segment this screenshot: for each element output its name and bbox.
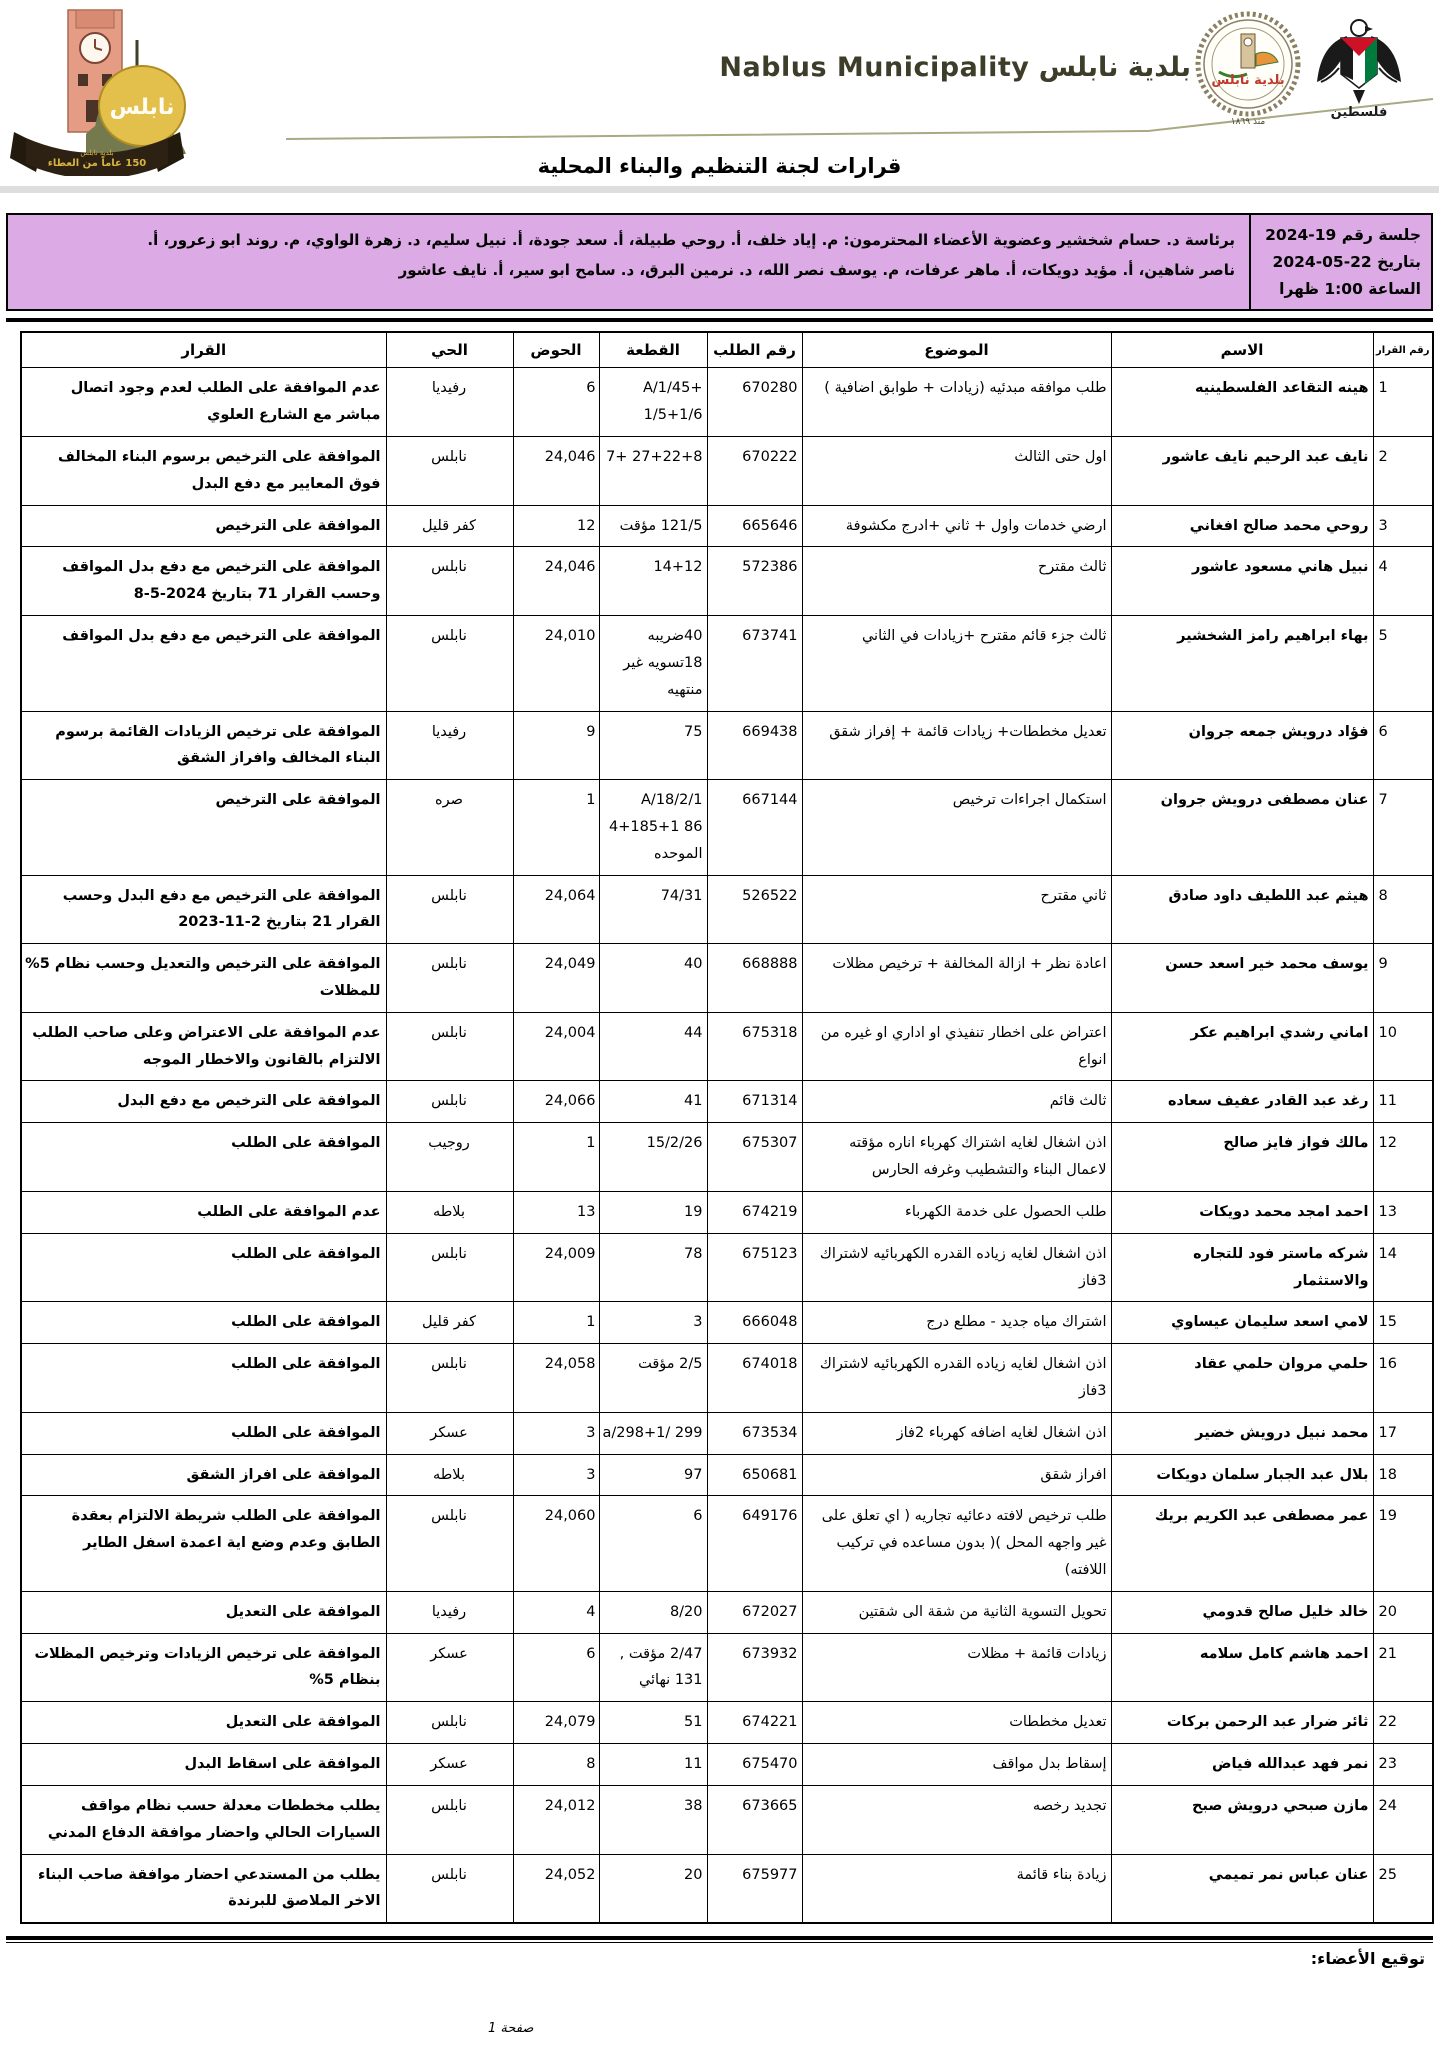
column-header-request: رقم الطلب bbox=[707, 332, 802, 368]
cell-decision: الموافقة على الترخيص مع دفع البدل وحسب ا… bbox=[21, 875, 386, 944]
cell-district: نابلس bbox=[386, 1702, 513, 1744]
table-row: 8هيثم عبد اللطيف داود صادقثاني مقترح5265… bbox=[21, 875, 1433, 944]
cell-block: 6 bbox=[513, 1633, 599, 1702]
cell-name: حلمي مروان حلمي عقاد bbox=[1111, 1344, 1373, 1413]
cell-subject: اذن اشغال لغايه زياده القدره الكهربائيه … bbox=[802, 1233, 1111, 1302]
cell-subject: ارضي خدمات واول + ثاني +ادرج مكشوفة bbox=[802, 505, 1111, 547]
cell-request: 572386 bbox=[707, 547, 802, 616]
cell-plot: 11 bbox=[599, 1744, 707, 1786]
cell-plot: A/18/2/1 4+185+1 86 الموحده bbox=[599, 780, 707, 875]
cell-block: 24,066 bbox=[513, 1081, 599, 1123]
seal-since-text: منذ ١٨٦٩ bbox=[1231, 117, 1266, 127]
cell-no: 24 bbox=[1373, 1785, 1433, 1854]
cell-request: 650681 bbox=[707, 1454, 802, 1496]
cell-block: 1 bbox=[513, 1123, 599, 1192]
table-row: 19عمر مصطفى عبد الكريم بريكطلب ترخيص لاف… bbox=[21, 1496, 1433, 1591]
cell-decision: عدم الموافقة على الاعتراض وعلى صاحب الطل… bbox=[21, 1012, 386, 1081]
attendees-line-2: ناصر شاهين، أ. مؤيد دويكات، أ. ماهر عرفا… bbox=[18, 255, 1235, 285]
cell-district: نابلس bbox=[386, 1081, 513, 1123]
cell-no: 4 bbox=[1373, 547, 1433, 616]
session-number: جلسة رقم 19-2024 bbox=[1255, 222, 1421, 249]
column-header-block: الحوض bbox=[513, 332, 599, 368]
column-header-plot: القطعة bbox=[599, 332, 707, 368]
cell-no: 14 bbox=[1373, 1233, 1433, 1302]
cell-subject: اعادة نظر + ازالة المخالفة + ترخيص مظلات bbox=[802, 944, 1111, 1013]
cell-district: كفر قليل bbox=[386, 1302, 513, 1344]
cell-plot: 3 bbox=[599, 1302, 707, 1344]
table-row: 9يوسف محمد خير اسعد حسناعادة نظر + ازالة… bbox=[21, 944, 1433, 1013]
title-shadow-band bbox=[0, 186, 1439, 193]
cell-no: 13 bbox=[1373, 1191, 1433, 1233]
table-row: 7عنان مصطفى درويش جرواناستكمال اجراءات ت… bbox=[21, 780, 1433, 875]
table-row: 1هينه التقاعد الفلسطينيهطلب موافقه مبدئي… bbox=[21, 368, 1433, 437]
cell-subject: طلب موافقه مبدئيه (زيادات + طوابق اضافية… bbox=[802, 368, 1111, 437]
cell-plot: 2/5 مؤقت bbox=[599, 1344, 707, 1413]
cell-no: 18 bbox=[1373, 1454, 1433, 1496]
cell-request: 673741 bbox=[707, 616, 802, 711]
cell-name: نايف عبد الرحيم نايف عاشور bbox=[1111, 437, 1373, 506]
cell-district: نابلس bbox=[386, 547, 513, 616]
cell-request: 674219 bbox=[707, 1191, 802, 1233]
table-row: 3روحي محمد صالح افغانيارضي خدمات واول + … bbox=[21, 505, 1433, 547]
cell-block: 24,049 bbox=[513, 944, 599, 1013]
cell-name: لامي اسعد سليمان عيساوي bbox=[1111, 1302, 1373, 1344]
cell-plot: 121/5 مؤقت bbox=[599, 505, 707, 547]
cell-subject: اذن اشغال لغايه اضافه كهرباء 2فاز bbox=[802, 1412, 1111, 1454]
cell-no: 21 bbox=[1373, 1633, 1433, 1702]
cell-subject: افراز شقق bbox=[802, 1454, 1111, 1496]
cell-decision: الموافقة على الترخيص والتعديل وحسب نظام … bbox=[21, 944, 386, 1013]
cell-no: 10 bbox=[1373, 1012, 1433, 1081]
cell-decision: الموافقة على الترخيص مع دفع البدل bbox=[21, 1081, 386, 1123]
cell-no: 11 bbox=[1373, 1081, 1433, 1123]
cell-name: احمد امجد محمد دويكات bbox=[1111, 1191, 1373, 1233]
members-signature-label: توقيع الأعضاء: bbox=[0, 1943, 1439, 1968]
cell-plot: 78 bbox=[599, 1233, 707, 1302]
cell-name: نمر فهد عبدالله فياض bbox=[1111, 1744, 1373, 1786]
cell-request: 666048 bbox=[707, 1302, 802, 1344]
cell-subject: ثالث مقترح bbox=[802, 547, 1111, 616]
cell-subject: تعديل مخططات bbox=[802, 1702, 1111, 1744]
cell-name: عنان عباس نمر تميمي bbox=[1111, 1854, 1373, 1923]
document-page: 15 نابلس بلدية نابلس 150 عاماً من العطاء… bbox=[0, 0, 1439, 2048]
cell-decision: الموافقة على التعديل bbox=[21, 1702, 386, 1744]
cell-district: نابلس bbox=[386, 1012, 513, 1081]
cell-plot: 38 bbox=[599, 1785, 707, 1854]
cell-subject: إسقاط بدل مواقف bbox=[802, 1744, 1111, 1786]
cell-name: مازن صبحي درويش صبح bbox=[1111, 1785, 1373, 1854]
cell-subject: ثالث قائم bbox=[802, 1081, 1111, 1123]
cell-no: 7 bbox=[1373, 780, 1433, 875]
cell-no: 23 bbox=[1373, 1744, 1433, 1786]
cell-plot: 14+12 bbox=[599, 547, 707, 616]
cell-subject: طلب الحصول على خدمة الكهرباء bbox=[802, 1191, 1111, 1233]
cell-plot: 8/20 bbox=[599, 1591, 707, 1633]
cell-request: 671314 bbox=[707, 1081, 802, 1123]
table-row: 16حلمي مروان حلمي عقاداذن اشغال لغايه زي… bbox=[21, 1344, 1433, 1413]
table-row: 24مازن صبحي درويش صبحتجديد رخصه673665382… bbox=[21, 1785, 1433, 1854]
cell-block: 24,012 bbox=[513, 1785, 599, 1854]
table-row: 11رغد عبد القادر عفيف سعادهثالث قائم6713… bbox=[21, 1081, 1433, 1123]
cell-request: 675977 bbox=[707, 1854, 802, 1923]
attendees-line-1: برئاسة د. حسام شخشير وعضوية الأعضاء المح… bbox=[18, 225, 1235, 255]
table-row: 22ثائر ضرار عبد الرحمن بركاتتعديل مخططات… bbox=[21, 1702, 1433, 1744]
cell-decision: الموافقة على الترخيص مع دفع بدل المواقف … bbox=[21, 547, 386, 616]
cell-district: روجيب bbox=[386, 1123, 513, 1192]
cell-block: 24,046 bbox=[513, 437, 599, 506]
cell-block: 12 bbox=[513, 505, 599, 547]
cell-subject: ثاني مقترح bbox=[802, 875, 1111, 944]
cell-district: كفر قليل bbox=[386, 505, 513, 547]
cell-no: 8 bbox=[1373, 875, 1433, 944]
cell-district: نابلس bbox=[386, 1496, 513, 1591]
cell-no: 22 bbox=[1373, 1702, 1433, 1744]
horizontal-rule-thick bbox=[6, 318, 1433, 322]
cell-request: 674221 bbox=[707, 1702, 802, 1744]
column-header-subject: الموضوع bbox=[802, 332, 1111, 368]
cell-block: 24,046 bbox=[513, 547, 599, 616]
cell-decision: الموافقة على الترخيص برسوم البناء المخال… bbox=[21, 437, 386, 506]
cell-district: نابلس bbox=[386, 616, 513, 711]
column-header-decision: القرار bbox=[21, 332, 386, 368]
cell-decision: عدم الموافقة على الطلب لعدم وجود اتصال م… bbox=[21, 368, 386, 437]
cell-plot: 75 bbox=[599, 711, 707, 780]
cell-request: 675123 bbox=[707, 1233, 802, 1302]
cell-decision: الموافقة على الطلب شريطة الالتزام بعقدة … bbox=[21, 1496, 386, 1591]
page-title: قرارات لجنة التنظيم والبناء المحلية bbox=[0, 154, 1439, 178]
cell-name: فؤاد درويش جمعه جروان bbox=[1111, 711, 1373, 780]
table-row: 10اماني رشدي ابراهيم عكراعتراض على اخطار… bbox=[21, 1012, 1433, 1081]
cell-district: عسكر bbox=[386, 1412, 513, 1454]
cell-subject: اشتراك مياه جديد - مطلع درج bbox=[802, 1302, 1111, 1344]
table-row: 20خالد خليل صالح قدوميتحويل التسوية الثا… bbox=[21, 1591, 1433, 1633]
cell-decision: الموافقة على التعديل bbox=[21, 1591, 386, 1633]
cell-district: بلاطه bbox=[386, 1454, 513, 1496]
cell-plot: 51 bbox=[599, 1702, 707, 1744]
cell-name: هيثم عبد اللطيف داود صادق bbox=[1111, 875, 1373, 944]
cell-name: احمد هاشم كامل سلامه bbox=[1111, 1633, 1373, 1702]
cell-name: روحي محمد صالح افغاني bbox=[1111, 505, 1373, 547]
cell-block: 1 bbox=[513, 1302, 599, 1344]
table-row: 13احمد امجد محمد دويكاتطلب الحصول على خد… bbox=[21, 1191, 1433, 1233]
cell-name: خالد خليل صالح قدومي bbox=[1111, 1591, 1373, 1633]
cell-no: 15 bbox=[1373, 1302, 1433, 1344]
cell-no: 9 bbox=[1373, 944, 1433, 1013]
cell-decision: الموافقة على الترخيص bbox=[21, 505, 386, 547]
cell-name: بلال عبد الجبار سلمان دويكات bbox=[1111, 1454, 1373, 1496]
cell-plot: 20 bbox=[599, 1854, 707, 1923]
cell-subject: اعتراض على اخطار تنفيذي او اداري او غيره… bbox=[802, 1012, 1111, 1081]
cell-block: 24,060 bbox=[513, 1496, 599, 1591]
cell-no: 20 bbox=[1373, 1591, 1433, 1633]
cell-plot: 2/47 مؤقت , 131 نهائي bbox=[599, 1633, 707, 1702]
cell-block: 4 bbox=[513, 1591, 599, 1633]
cell-subject: اول حتى الثالث bbox=[802, 437, 1111, 506]
cell-district: نابلس bbox=[386, 1233, 513, 1302]
cell-request: 668888 bbox=[707, 944, 802, 1013]
cell-district: نابلس bbox=[386, 437, 513, 506]
cell-subject: اذن اشغال لغايه زياده القدره الكهربائيه … bbox=[802, 1344, 1111, 1413]
cell-district: رفيديا bbox=[386, 1591, 513, 1633]
cell-name: مالك فواز فايز صالح bbox=[1111, 1123, 1373, 1192]
cell-request: 675307 bbox=[707, 1123, 802, 1192]
cell-request: 669438 bbox=[707, 711, 802, 780]
municipality-wordmark: بلدية نابلس Nablus Municipality bbox=[719, 52, 1191, 83]
cell-decision: الموافقة على ترخيص الزيادات القائمة برسو… bbox=[21, 711, 386, 780]
cell-no: 5 bbox=[1373, 616, 1433, 711]
cell-request: 675318 bbox=[707, 1012, 802, 1081]
table-row: 12مالك فواز فايز صالحاذن اشغال لغايه اشت… bbox=[21, 1123, 1433, 1192]
cell-subject: اذن اشغال لغايه اشتراك كهرباء اناره مؤقت… bbox=[802, 1123, 1111, 1192]
table-row: 5بهاء ابراهيم رامز الشخشيرثالث جزء قائم … bbox=[21, 616, 1433, 711]
cell-name: شركه ماستر فود للتجاره والاستثمار bbox=[1111, 1233, 1373, 1302]
cell-decision: الموافقة على ترخيص الزيادات وترخيص المظل… bbox=[21, 1633, 386, 1702]
cell-no: 3 bbox=[1373, 505, 1433, 547]
table-header: رقم القرارالاسمالموضوعرقم الطلبالقطعةالح… bbox=[21, 332, 1433, 368]
table-row: 2نايف عبد الرحيم نايف عاشوراول حتى الثال… bbox=[21, 437, 1433, 506]
cell-subject: تعديل مخططات+ زيادات قائمة + إفراز شقق bbox=[802, 711, 1111, 780]
cell-plot: 15/2/26 bbox=[599, 1123, 707, 1192]
cell-no: 2 bbox=[1373, 437, 1433, 506]
table-row: 14شركه ماستر فود للتجاره والاستثماراذن ا… bbox=[21, 1233, 1433, 1302]
cell-no: 16 bbox=[1373, 1344, 1433, 1413]
cell-district: نابلس bbox=[386, 944, 513, 1013]
session-meta: جلسة رقم 19-2024 بتاريخ 22-05-2024 الساع… bbox=[1249, 215, 1431, 309]
table-row: 21احمد هاشم كامل سلامهزيادات قائمة + مظل… bbox=[21, 1633, 1433, 1702]
cell-name: هينه التقاعد الفلسطينيه bbox=[1111, 368, 1373, 437]
cell-subject: استكمال اجراءات ترخيص bbox=[802, 780, 1111, 875]
cell-plot: 27+22+8 +7 bbox=[599, 437, 707, 506]
cell-district: رفيديا bbox=[386, 368, 513, 437]
cell-decision: الموافقة على افراز الشقق bbox=[21, 1454, 386, 1496]
cell-district: عسكر bbox=[386, 1633, 513, 1702]
session-info-box: جلسة رقم 19-2024 بتاريخ 22-05-2024 الساع… bbox=[6, 213, 1433, 311]
cell-request: 649176 bbox=[707, 1496, 802, 1591]
cell-request: 673932 bbox=[707, 1633, 802, 1702]
session-attendees: برئاسة د. حسام شخشير وعضوية الأعضاء المح… bbox=[8, 215, 1249, 309]
cell-subject: زيادة بناء قائمة bbox=[802, 1854, 1111, 1923]
cell-request: 674018 bbox=[707, 1344, 802, 1413]
cell-decision: الموافقة على الطلب bbox=[21, 1233, 386, 1302]
cell-plot: 97 bbox=[599, 1454, 707, 1496]
cell-request: 526522 bbox=[707, 875, 802, 944]
cell-district: نابلس bbox=[386, 1785, 513, 1854]
nablus-municipality-seal: بلدية نابلس منذ ١٨٦٩ bbox=[1189, 10, 1307, 128]
column-header-district: الحي bbox=[386, 332, 513, 368]
cell-block: 1 bbox=[513, 780, 599, 875]
cell-name: رغد عبد القادر عفيف سعاده bbox=[1111, 1081, 1373, 1123]
session-date: بتاريخ 22-05-2024 bbox=[1255, 249, 1421, 276]
cell-plot: 40 bbox=[599, 944, 707, 1013]
cell-district: نابلس bbox=[386, 1344, 513, 1413]
cell-block: 8 bbox=[513, 1744, 599, 1786]
cell-district: عسكر bbox=[386, 1744, 513, 1786]
cell-decision: الموافقة على الترخيص مع دفع بدل المواقف bbox=[21, 616, 386, 711]
column-header-name: الاسم bbox=[1111, 332, 1373, 368]
cell-district: بلاطه bbox=[386, 1191, 513, 1233]
cell-decision: الموافقة على الطلب bbox=[21, 1302, 386, 1344]
cell-plot: 19 bbox=[599, 1191, 707, 1233]
cell-name: محمد نبيل درويش خضير bbox=[1111, 1412, 1373, 1454]
column-header-no: رقم القرار bbox=[1373, 332, 1433, 368]
cell-name: يوسف محمد خير اسعد حسن bbox=[1111, 944, 1373, 1013]
cell-district: نابلس bbox=[386, 1854, 513, 1923]
cell-plot: a/298+1/ 299 bbox=[599, 1412, 707, 1454]
cell-block: 3 bbox=[513, 1454, 599, 1496]
letterhead: 15 نابلس بلدية نابلس 150 عاماً من العطاء… bbox=[0, 0, 1439, 150]
cell-district: صره bbox=[386, 780, 513, 875]
cell-subject: زيادات قائمة + مظلات bbox=[802, 1633, 1111, 1702]
cell-subject: تجديد رخصه bbox=[802, 1785, 1111, 1854]
cell-no: 19 bbox=[1373, 1496, 1433, 1591]
cell-name: عمر مصطفى عبد الكريم بريك bbox=[1111, 1496, 1373, 1591]
cell-name: نبيل هاني مسعود عاشور bbox=[1111, 547, 1373, 616]
cell-no: 12 bbox=[1373, 1123, 1433, 1192]
seal-name-text: بلدية نابلس bbox=[1211, 73, 1284, 88]
cell-request: 673665 bbox=[707, 1785, 802, 1854]
table-row: 18بلال عبد الجبار سلمان دويكاتافراز شقق6… bbox=[21, 1454, 1433, 1496]
number-150: 15 bbox=[6, 67, 8, 144]
cell-no: 1 bbox=[1373, 368, 1433, 437]
cell-subject: تحويل التسوية الثانية من شقة الى شقتين bbox=[802, 1591, 1111, 1633]
cell-district: رفيديا bbox=[386, 711, 513, 780]
cell-no: 17 bbox=[1373, 1412, 1433, 1454]
table-row: 15لامي اسعد سليمان عيساوياشتراك مياه جدي… bbox=[21, 1302, 1433, 1344]
cell-decision: يطلب من المستدعي احضار موافقة صاحب البنا… bbox=[21, 1854, 386, 1923]
cell-decision: الموافقة على اسقاط البدل bbox=[21, 1744, 386, 1786]
cell-decision: عدم الموافقة على الطلب bbox=[21, 1191, 386, 1233]
cell-decision: يطلب مخططات معدلة حسب نظام مواقف السيارا… bbox=[21, 1785, 386, 1854]
page-number: صفحة 1 bbox=[488, 2021, 533, 2036]
cell-block: 9 bbox=[513, 711, 599, 780]
eagle-country-text: فلسطين bbox=[1331, 105, 1388, 120]
palestine-eagle-emblem: فلسطين bbox=[1307, 14, 1411, 122]
cell-plot: 44 bbox=[599, 1012, 707, 1081]
cell-decision: الموافقة على الطلب bbox=[21, 1344, 386, 1413]
cell-name: بهاء ابراهيم رامز الشخشير bbox=[1111, 616, 1373, 711]
cell-block: 3 bbox=[513, 1412, 599, 1454]
cell-name: اماني رشدي ابراهيم عكر bbox=[1111, 1012, 1373, 1081]
cell-subject: ثالث جزء قائم مقترح +زيادات في الثاني bbox=[802, 616, 1111, 711]
cell-block: 24,052 bbox=[513, 1854, 599, 1923]
horizontal-rule-double bbox=[6, 1936, 1433, 1943]
cell-block: 6 bbox=[513, 368, 599, 437]
cell-block: 24,058 bbox=[513, 1344, 599, 1413]
cell-block: 13 bbox=[513, 1191, 599, 1233]
cell-request: 672027 bbox=[707, 1591, 802, 1633]
cell-no: 6 bbox=[1373, 711, 1433, 780]
table-row: 6فؤاد درويش جمعه جروانتعديل مخططات+ زياد… bbox=[21, 711, 1433, 780]
cell-name: عنان مصطفى درويش جروان bbox=[1111, 780, 1373, 875]
cell-block: 24,079 bbox=[513, 1702, 599, 1744]
cell-plot: 41 bbox=[599, 1081, 707, 1123]
cell-request: 675470 bbox=[707, 1744, 802, 1786]
cell-no: 25 bbox=[1373, 1854, 1433, 1923]
cell-plot: A/1/45+ 1/5+1/6 bbox=[599, 368, 707, 437]
cell-request: 670280 bbox=[707, 368, 802, 437]
cell-decision: الموافقة على الطلب bbox=[21, 1412, 386, 1454]
nablus-150-years-logo: 15 نابلس بلدية نابلس 150 عاماً من العطاء bbox=[6, 4, 188, 176]
cell-district: نابلس bbox=[386, 875, 513, 944]
cell-request: 673534 bbox=[707, 1412, 802, 1454]
cell-request: 667144 bbox=[707, 780, 802, 875]
cell-request: 665646 bbox=[707, 505, 802, 547]
table-row: 25عنان عباس نمر تميميزيادة بناء قائمة675… bbox=[21, 1854, 1433, 1923]
flag-shield bbox=[1341, 38, 1377, 88]
decisions-table: رقم القرارالاسمالموضوعرقم الطلبالقطعةالح… bbox=[20, 331, 1434, 1924]
table-row: 23نمر فهد عبدالله فياضإسقاط بدل مواقف675… bbox=[21, 1744, 1433, 1786]
nablus-calligraphy: نابلس bbox=[110, 95, 175, 120]
cell-plot: 74/31 bbox=[599, 875, 707, 944]
cell-plot: 6 bbox=[599, 1496, 707, 1591]
cell-subject: طلب ترخيص لافته دعائيه تجاريه ( اي تعلق … bbox=[802, 1496, 1111, 1591]
cell-block: 24,064 bbox=[513, 875, 599, 944]
table-row: 17محمد نبيل درويش خضيراذن اشغال لغايه اض… bbox=[21, 1412, 1433, 1454]
table-row: 4نبيل هاني مسعود عاشورثالث مقترح57238614… bbox=[21, 547, 1433, 616]
session-time: الساعة 1:00 ظهرا bbox=[1255, 276, 1421, 303]
cell-decision: الموافقة على الترخيص bbox=[21, 780, 386, 875]
eagle-head bbox=[1351, 20, 1367, 36]
cell-block: 24,004 bbox=[513, 1012, 599, 1081]
ribbon-top-text: بلدية نابلس bbox=[80, 149, 113, 157]
cell-decision: الموافقة على الطلب bbox=[21, 1123, 386, 1192]
eagle-tail bbox=[1353, 90, 1365, 104]
cell-block: 24,010 bbox=[513, 616, 599, 711]
cell-block: 24,009 bbox=[513, 1233, 599, 1302]
cell-name: ثائر ضرار عبد الرحمن بركات bbox=[1111, 1702, 1373, 1744]
cell-plot: 40ضريبه 18تسويه غير منتهيه bbox=[599, 616, 707, 711]
cell-request: 670222 bbox=[707, 437, 802, 506]
